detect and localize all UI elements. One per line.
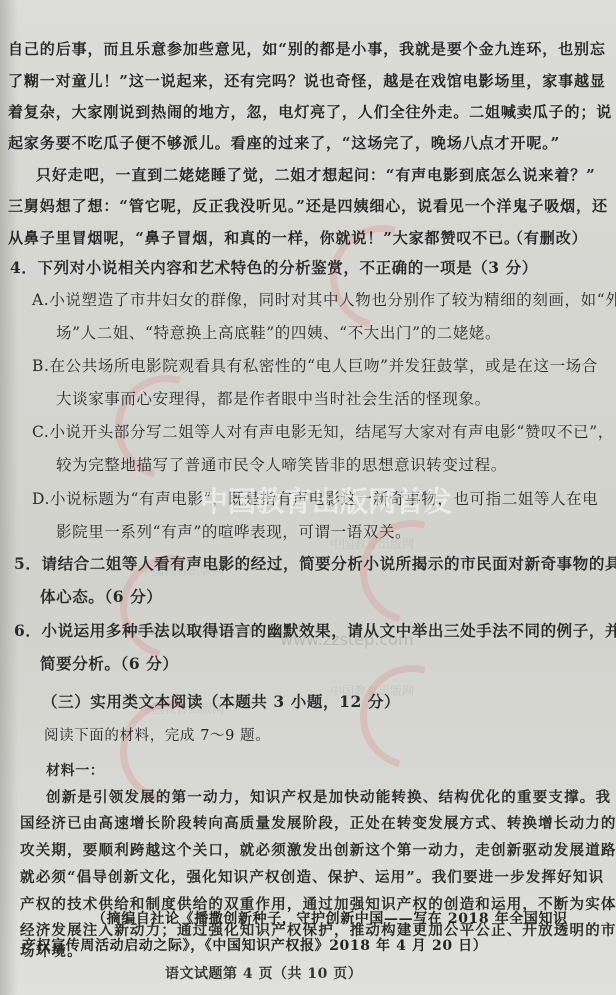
material-1-line: 国经济已由高速增长阶段转向高质量发展阶段，正处在转变发展方式、转换增长动力的 (20, 812, 616, 833)
material-1-label: 材料一： (46, 760, 104, 780)
option-c: C.小说开头部分写二姐等人对有声电影无知，结尾写大家对有声电影“赞叹不已”， (32, 420, 614, 442)
source-note: （有删改） (508, 227, 588, 248)
option-a: A.小说塑造了市井妇女的群像，同时对其中人物也分别作了较为精细的刻画，如“外 (32, 288, 616, 310)
section-3-instruction: 阅读下面的材料，完成 7～9 题。 (44, 724, 270, 745)
question-6-cont: 简要分析。（6 分） (40, 652, 178, 674)
option-b-label: B. (32, 357, 50, 375)
option-b-cont: 大谈家事而心安理得，都是作者眼中当时社会生活的怪现象。 (56, 387, 491, 409)
option-b-text: 在公共场所电影院观看具有私密性的“电人巨吻”并发狂鼓掌，或是在这一场合 (50, 357, 598, 375)
question-6-stem: 6．小说运用多种手法以取得语言的幽默效果，请从文中举出三处手法不同的例子，并 (14, 619, 616, 641)
story-line: 自己的后事，而且乐意参加些意见，如“别的都是小事，我就是要个金九连环，也别忘 (8, 38, 606, 59)
option-c-text: 小说开头部分写二姐等人对有声电影无知，结尾写大家对有声电影“赞叹不已”， (49, 423, 613, 441)
option-d-cont: 影院里一系列“有声”的喧哗表现，可谓一语双关。 (56, 520, 411, 542)
material-1-line: 就必须“倡导创新文化，强化知识产权创造、保护、运用”。我们要进一步发挥好知识 (20, 866, 604, 887)
story-line: 从鼻子里冒烟呢，“鼻子冒烟，和真的一样，你就说！”大家都赞叹不已。 (8, 227, 520, 248)
page-footer: 语文试题第 4 页（共 10 页） (165, 963, 362, 983)
material-1-line: 创新是引领发展的第一动力，知识产权是加快动能转换、结构优化的重要支撑。我 (46, 786, 611, 807)
story-line: 了糊一对童儿！”这一说起来，还有完吗？说也奇怪，越是在戏馆电影场里，家事越显 (8, 70, 606, 91)
option-a-text: 小说塑造了市井妇女的群像，同时对其中人物也分别作了较为精细的刻画，如“外 (49, 291, 616, 309)
citation-line: 产权宣传周活动启动之际》，《中国知识产权报》2018 年 4 月 20 日） (22, 935, 487, 955)
story-line: 起家务要不吃瓜子便不够派儿。看座的过来了，“这场完了，晚场八点才开呢。” (8, 132, 560, 153)
section-3-title: （三）实用类文本阅读（本题共 3 小题，12 分） (42, 690, 400, 712)
question-4-stem: 4．下列对小说相关内容和艺术特色的分析鉴赏，不正确的一项是（3 分） (10, 256, 538, 278)
story-line: 三舅妈想了想：“管它呢，反正我没听见。”还是四姨细心，说看见一个洋鬼子吸烟，还 (8, 195, 608, 216)
question-5-cont: 体心态。（6 分） (40, 585, 162, 607)
option-a-cont: 场”人二姐、“特意换上高底鞋”的四姨、“不大出门”的二姥姥。 (56, 321, 501, 343)
citation-line: （摘编自社论《播撒创新种子，守护创新中国——写在 2018 年全国知识 (92, 908, 568, 928)
material-1-line: 攻关期，要顺利跨越这个关口，就必须激发出创新这个第一动力，走创新驱动发展道路； (20, 839, 616, 860)
story-line: 着复杂，大家刚说到热闹的地方，忽，电灯亮了，人们全往外走。二姐喊卖瓜子的；说 (8, 101, 612, 122)
question-5-stem: 5．请结合二姐等人看有声电影的经过，简要分析小说所揭示的市民面对新奇事物的具 (14, 552, 616, 574)
option-c-cont: 较为完整地描写了普通市民令人啼笑皆非的思想意识转变过程。 (56, 453, 507, 475)
story-line: 只好走吧，一直到二姥姥睡了觉，二姐才想起问：“有声电影到底怎么说来着？” (36, 164, 596, 185)
option-a-label: A. (32, 291, 49, 309)
watermark-logo-icon (341, 646, 483, 788)
option-b: B.在公共场所电影院观看具有私密性的“电人巨吻”并发狂鼓掌，或是在这一场合 (32, 354, 598, 376)
option-c-label: C. (32, 423, 49, 441)
watermark-main: 中国教育出版网首发 (200, 480, 452, 520)
exam-page: 中国教育出版网 中国教育出版网 中国教育出版网 中国教育出版网 www.zzst… (0, 0, 616, 995)
option-d-label: D. (32, 490, 50, 508)
